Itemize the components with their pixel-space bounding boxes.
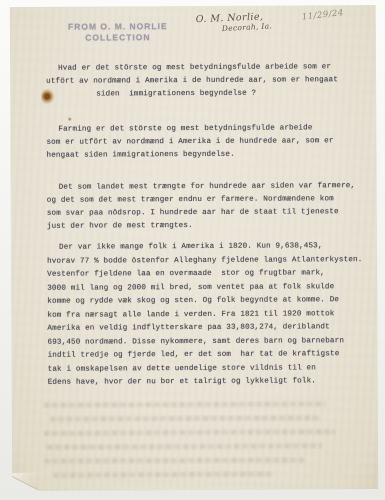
bleed-line bbox=[44, 401, 326, 407]
typed-line: som svar paa nödsrop. I hundrede aar har… bbox=[47, 206, 359, 221]
bleed-line bbox=[44, 457, 304, 463]
bleed-line bbox=[53, 472, 273, 478]
photograph-of-typewritten-document: { "paper": { "color": "#e9e4d6", "backdr… bbox=[0, 0, 385, 500]
handwritten-date: 11/29/24 bbox=[301, 8, 344, 23]
paragraph-question: Hvad er det störste og mest betydningsfu… bbox=[46, 61, 358, 102]
paragraph-immigration-statistics: Der var ikke mange folk i Amerika i 1820… bbox=[47, 240, 360, 390]
typed-line: hengaat siden immigrationens begyndelse. bbox=[46, 148, 358, 163]
paragraph-farmers: Det som landet mest trængte for hundrede… bbox=[47, 180, 359, 234]
stamp-line-2: COLLECTION bbox=[57, 32, 179, 43]
typed-line: indtil tredje og fjerde led, er det som … bbox=[48, 348, 360, 363]
typed-line: Edens have, hvor der nu bor et talrigt o… bbox=[48, 375, 360, 390]
typewritten-body: Hvad er det störste og mest betydningsfu… bbox=[46, 61, 360, 390]
typed-line: siden immigrationens begyndelse ? bbox=[46, 87, 358, 102]
paragraph-answer: Farming er det störste og mest betydning… bbox=[46, 122, 358, 163]
typed-line: Amerika en veldig indflytterskare paa 33… bbox=[47, 321, 359, 336]
typed-line: som er utfört av nordmænd i Amerika i de… bbox=[46, 135, 358, 150]
bleed-line bbox=[47, 443, 322, 449]
bleed-through-text-ghost bbox=[44, 401, 350, 487]
typed-line: just der hvor de mest trængtes. bbox=[47, 219, 359, 234]
document-paper-sheet: FROM O. M. NORLIE COLLECTION O. M. Norli… bbox=[10, 5, 379, 491]
stamp-line-1: FROM O. M. NORLIE bbox=[57, 21, 179, 32]
typed-line: komme og rydde væk skog og sten. Og folk… bbox=[47, 294, 359, 309]
typed-line: Der var ikke mange folk i Amerika i 1820… bbox=[47, 240, 359, 255]
typed-line: Vestenfor fjeldene laa en overmaade stor… bbox=[47, 267, 359, 282]
handwritten-place: Decorah, Ia. bbox=[222, 21, 273, 33]
collection-stamp: FROM O. M. NORLIE COLLECTION bbox=[57, 21, 179, 43]
bleed-line bbox=[50, 415, 319, 421]
bleed-line bbox=[44, 429, 335, 436]
typed-line: utfört av nordmænd i Amerika i de hundre… bbox=[46, 74, 358, 89]
